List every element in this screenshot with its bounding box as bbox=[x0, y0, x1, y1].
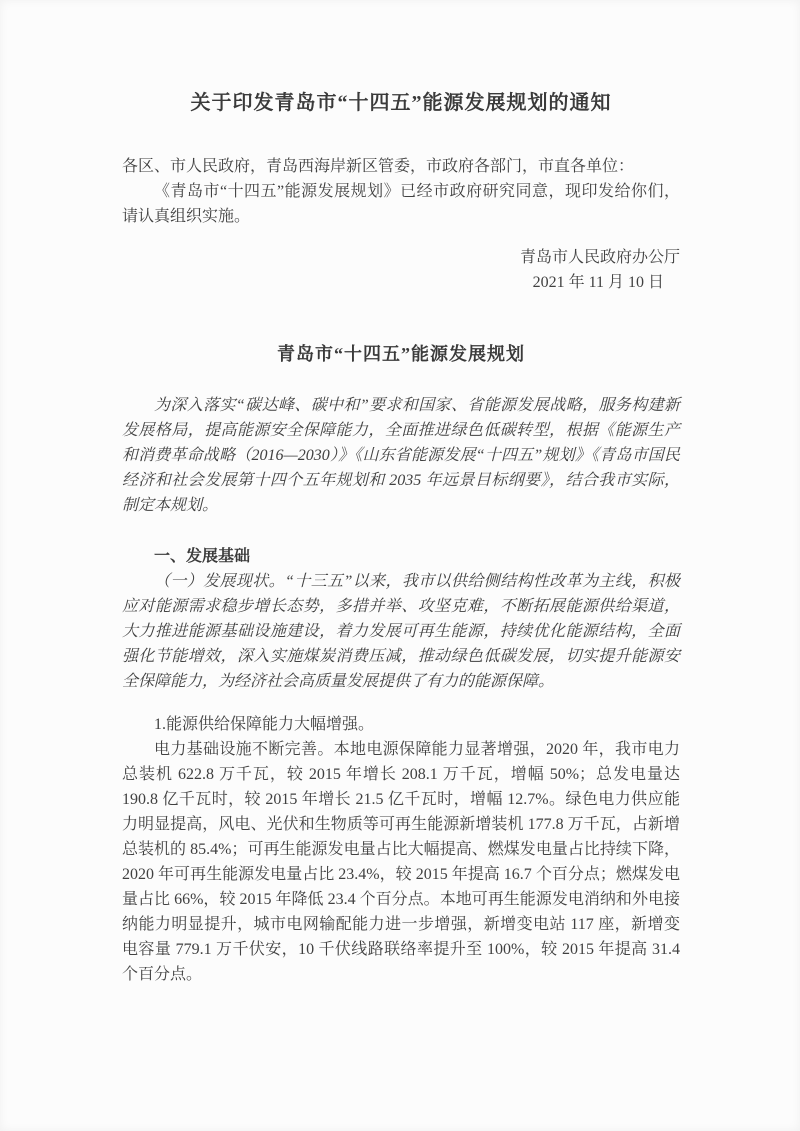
issue-date: 2021 年 11 月 10 日 bbox=[122, 270, 680, 295]
section1-heading: 一、发展基础 bbox=[122, 544, 680, 569]
notice-salutation: 各区、市人民政府，青岛西海岸新区管委，市政府各部门，市直各单位： bbox=[122, 154, 680, 179]
subsection-text: “十三五”以来，我市以供给侧结构性改革为主线，积极应对能源需求稳步增长态势，多措… bbox=[122, 573, 680, 690]
subsection-paragraph: （一）发展现状。“十三五”以来，我市以供给侧结构性改革为主线，积极应对能源需求稳… bbox=[122, 569, 680, 694]
notice-body-block: 各区、市人民政府，青岛西海岸新区管委，市政府各部门，市直各单位： 《青岛市“十四… bbox=[122, 154, 680, 229]
subsection-lead: （一）发展现状。 bbox=[154, 573, 285, 590]
notice-body: 《青岛市“十四五”能源发展规划》已经市政府研究同意，现印发给你们，请认真组织实施… bbox=[122, 179, 680, 229]
plan-title: 青岛市“十四五”能源发展规划 bbox=[122, 341, 680, 367]
plan-preamble: 为深入落实“碳达峰、碳中和”要求和国家、省能源发展战略，服务构建新发展格局，提高… bbox=[122, 393, 680, 518]
notice-title: 关于印发青岛市“十四五”能源发展规划的通知 bbox=[122, 90, 680, 117]
issuer-signature: 青岛市人民政府办公厅 bbox=[122, 245, 680, 270]
signature-block: 青岛市人民政府办公厅 2021 年 11 月 10 日 bbox=[122, 245, 680, 295]
item1-heading: 1.能源供给保障能力大幅增强。 bbox=[122, 712, 680, 737]
item1-paragraph: 电力基础设施不断完善。本地电源保障能力显著增强，2020 年，我市电力总装机 6… bbox=[122, 737, 680, 987]
document-page: 关于印发青岛市“十四五”能源发展规划的通知 各区、市人民政府，青岛西海岸新区管委… bbox=[0, 0, 800, 1131]
